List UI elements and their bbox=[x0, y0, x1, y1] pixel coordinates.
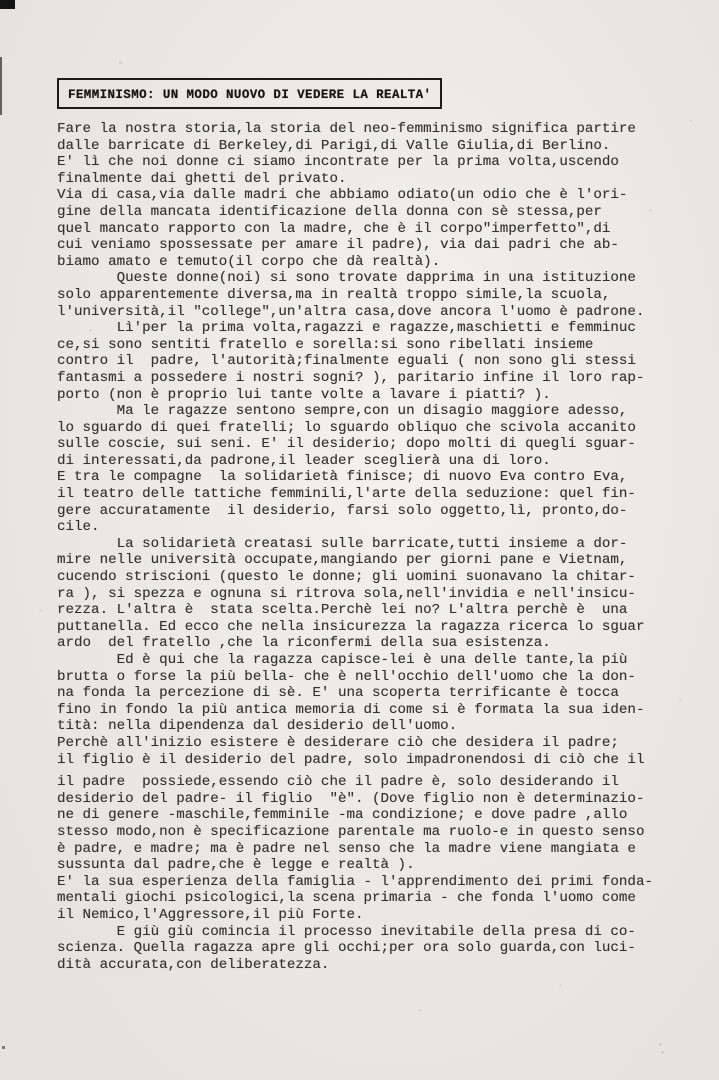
document-body: Fare la nostra storia,la storia del neo-… bbox=[57, 121, 697, 973]
body-text-part-1: Fare la nostra storia,la storia del neo-… bbox=[57, 121, 697, 768]
scanned-page: FEMMINISMO: UN MODO NUOVO DI VEDERE LA R… bbox=[0, 0, 719, 1080]
paper-speckles bbox=[0, 0, 1, 1]
scan-artifact-edge-line bbox=[0, 57, 2, 115]
title-box: FEMMINISMO: UN MODO NUOVO DI VEDERE LA R… bbox=[57, 78, 442, 109]
page-title: FEMMINISMO: UN MODO NUOVO DI VEDERE LA R… bbox=[68, 88, 431, 102]
scan-artifact-corner bbox=[0, 0, 15, 9]
body-text-part-2: il padre possiede,essendo ciò che il pad… bbox=[57, 774, 697, 973]
